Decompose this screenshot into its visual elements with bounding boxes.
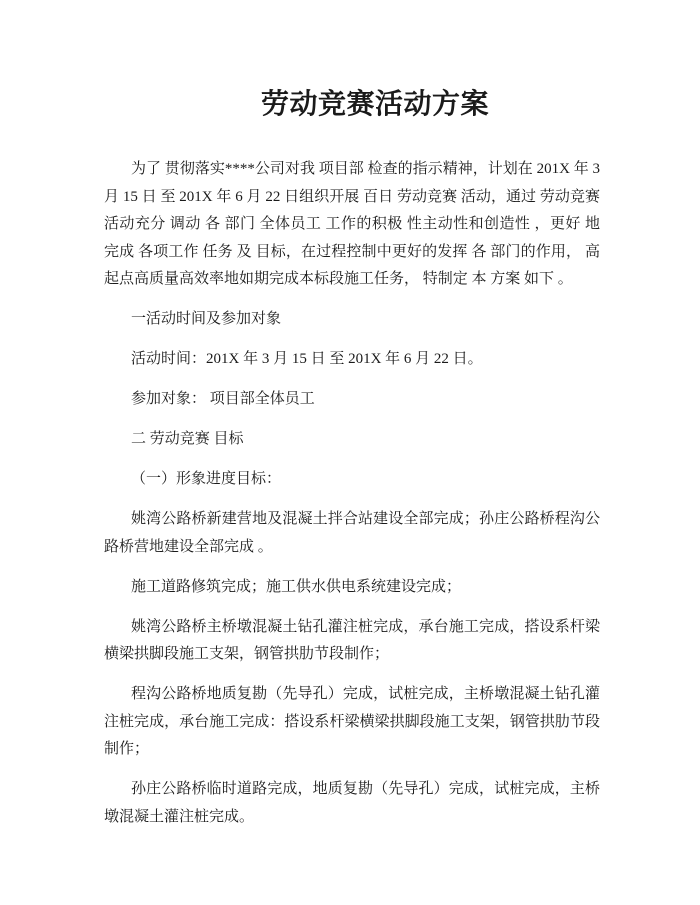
paragraph-activity-time: 活动时间：201X 年 3 月 15 日 至 201X 年 6 月 22 日。 xyxy=(104,346,600,374)
paragraph-goal-yaowan-bridge: 姚湾公路桥主桥墩混凝土钻孔灌注桩完成，承台施工完成，搭设系杆梁横梁拱脚段施工支架… xyxy=(104,614,600,669)
paragraph-participants: 参加对象： 项目部全体员工 xyxy=(104,386,600,414)
heading-section-2-competition-goals: 二 劳动竞赛 目标 xyxy=(104,426,600,454)
paragraph-goal-chenggou-bridge: 程沟公路桥地质复勘（先导孔）完成，试桩完成，主桥墩混凝土钻孔灌注桩完成，承台施工… xyxy=(104,681,600,764)
document-title: 劳动竞赛活动方案 xyxy=(104,88,600,122)
paragraph-goal-camp-construction: 姚湾公路桥新建营地及混凝土拌合站建设全部完成；孙庄公路桥程沟公路桥营地建设全部完… xyxy=(104,506,600,561)
paragraph-goal-roads-utilities: 施工道路修筑完成；施工供水供电系统建设完成； xyxy=(104,574,600,602)
document-page: 劳动竞赛活动方案 为了 贯彻落实****公司对我 项目部 检查的指示精神，计划在… xyxy=(0,0,700,905)
heading-section-1-time-participants: 一活动时间及参加对象 xyxy=(104,306,600,334)
paragraph-intro: 为了 贯彻落实****公司对我 项目部 检查的指示精神，计划在 201X 年 3… xyxy=(104,156,600,294)
paragraph-goal-sunzhuang-bridge: 孙庄公路桥临时道路完成，地质复勘（先导孔）完成，试桩完成，主桥墩混凝土灌注桩完成… xyxy=(104,776,600,831)
heading-subsection-progress-goals: （一）形象进度目标： xyxy=(104,466,600,494)
